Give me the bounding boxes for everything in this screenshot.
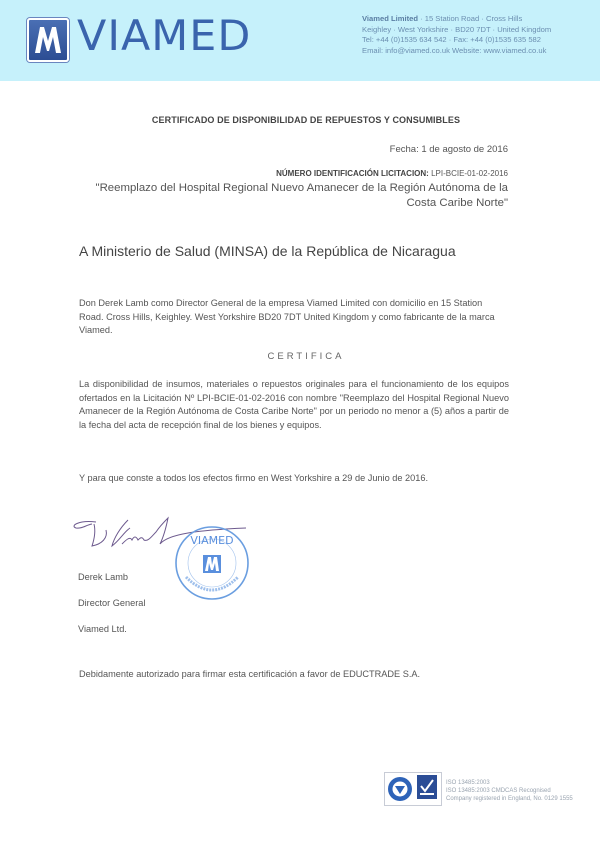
certification-paragraph: La disponibilidad de insumos, materiales… xyxy=(79,378,509,432)
signatory-company: Viamed Ltd. xyxy=(78,624,145,650)
contact-line: Keighley · West Yorkshire · BD20 7DT · U… xyxy=(362,25,551,36)
certification-text: ISO 13485:2003 ISO 13485:2003 CMDCAS Rec… xyxy=(446,779,573,803)
authorization-paragraph: Debidamente autorizado para firmar esta … xyxy=(79,668,509,682)
brand-name: VIAMED xyxy=(77,13,251,59)
certifica-heading: CERTIFICA xyxy=(0,351,612,362)
svg-text:VIAMED: VIAMED xyxy=(190,534,233,547)
document-date: Fecha: 1 de agosto de 2016 xyxy=(390,144,508,155)
intro-paragraph: Don Derek Lamb como Director General de … xyxy=(79,297,509,338)
certification-logos-icon xyxy=(384,772,442,806)
recipient: A Ministerio de Salud (MINSA) de la Repú… xyxy=(79,243,456,259)
closing-paragraph: Y para que conste a todos los efectos fi… xyxy=(79,472,509,486)
viamed-logo-icon xyxy=(27,18,69,62)
contact-line: Viamed Limited · 15 Station Road · Cross… xyxy=(362,14,551,25)
company-stamp-icon: VIAMED xyxy=(172,523,252,603)
tender-id: NÚMERO IDENTIFICACIÓN LICITACION: LPI-BC… xyxy=(276,169,508,178)
contact-line: Tel: +44 (0)1535 634 542 · Fax: +44 (0)1… xyxy=(362,35,551,46)
document-title: CERTIFICADO DE DISPONIBILIDAD DE REPUEST… xyxy=(0,115,612,125)
signatory-role: Director General xyxy=(78,598,145,624)
project-name: "Reemplazo del Hospital Regional Nuevo A… xyxy=(68,181,508,211)
company-contact-block: Viamed Limited · 15 Station Road · Cross… xyxy=(362,14,551,56)
letterhead-band: VIAMED Viamed Limited · 15 Station Road … xyxy=(0,0,600,81)
signatory-block: Derek Lamb Director General Viamed Ltd. xyxy=(78,572,145,650)
signatory-name: Derek Lamb xyxy=(78,572,145,598)
contact-line: Email: info@viamed.co.uk Website: www.vi… xyxy=(362,46,551,57)
